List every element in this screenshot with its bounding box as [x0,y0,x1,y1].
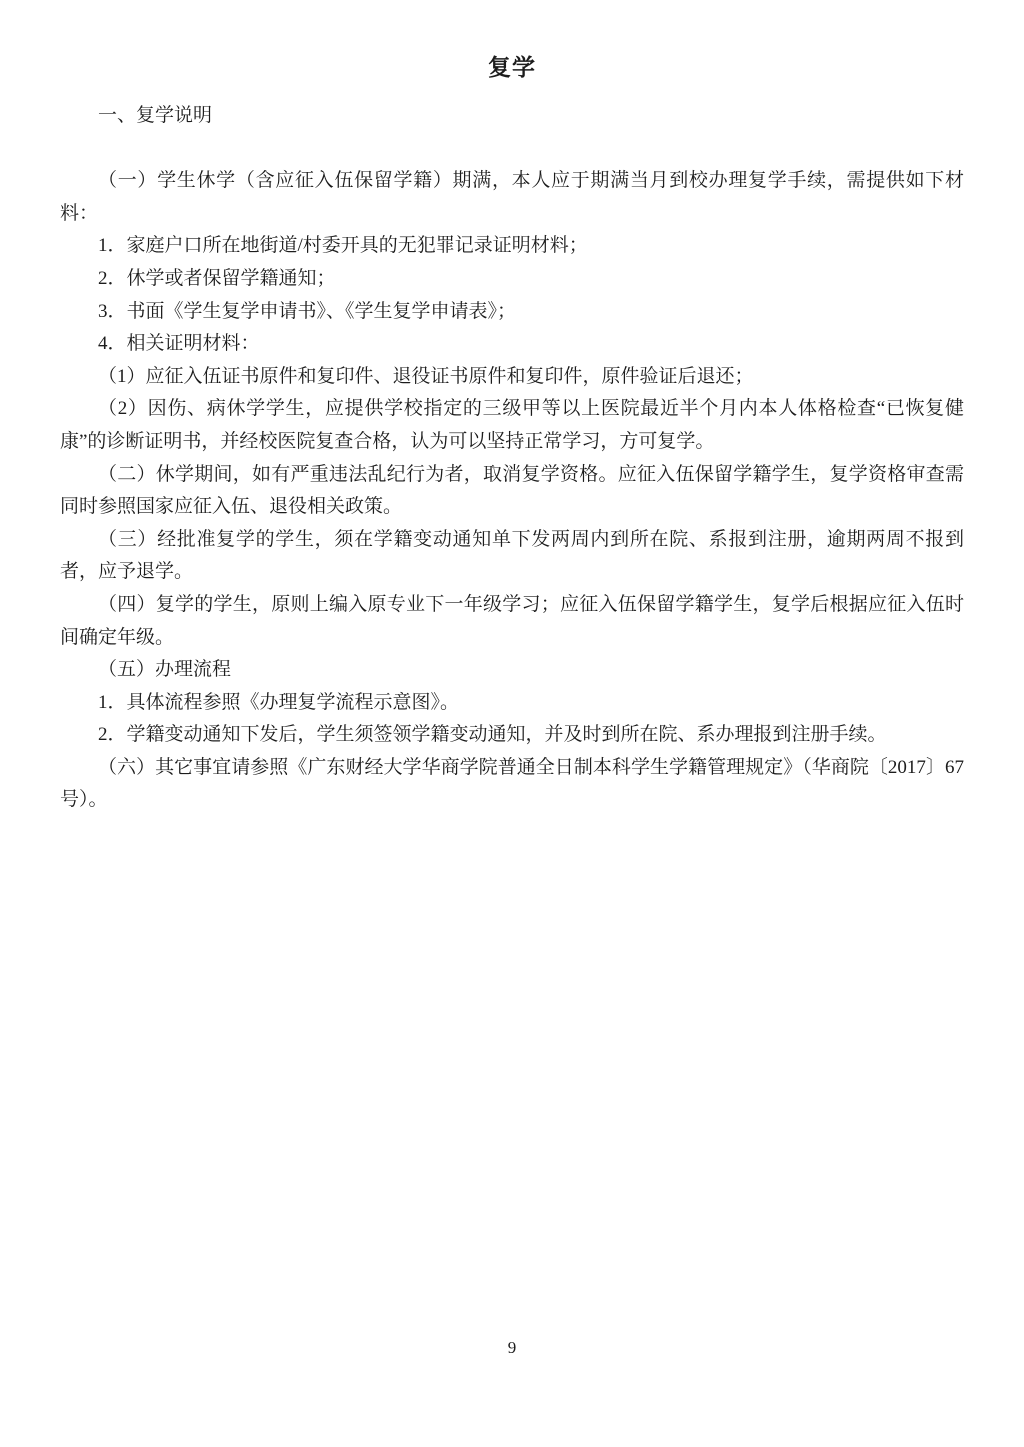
page-number: 9 [0,1336,1024,1360]
para-disqualification-rules: （二）休学期间，如有严重违法乱纪行为者，取消复学资格。应征入伍保留学籍学生，复学… [60,459,964,524]
list-item-written-application: 3．书面《学生复学申请书》、《学生复学申请表》； [60,296,964,329]
list-item-no-crime-record: 1．家庭户口所在地街道/村委开具的无犯罪记录证明材料； [60,230,964,263]
para-registration-deadline: （三）经批准复学的学生，须在学籍变动通知单下发两周内到所在院、系报到注册，逾期两… [60,524,964,589]
procedure-item-notice-signing: 2．学籍变动通知下发后，学生须签领学籍变动通知，并及时到所在院、系办理报到注册手… [60,719,964,752]
procedure-item-flowchart: 1．具体流程参照《办理复学流程示意图》。 [60,687,964,720]
para-resume-requirements-intro: （一）学生休学（含应征入伍保留学籍）期满，本人应于期满当月到校办理复学手续，需提… [60,165,964,230]
list-item-suspension-notice: 2．休学或者保留学籍通知； [60,263,964,296]
sub-item-medical-certificates: （2）因伤、病休学学生，应提供学校指定的三级甲等以上医院最近半个月内本人体格检查… [60,393,964,458]
para-procedure-heading: （五）办理流程 [60,654,964,687]
list-item-related-certificates: 4．相关证明材料： [60,328,964,361]
para-grade-placement: （四）复学的学生，原则上编入原专业下一年级学习；应征入伍保留学籍学生，复学后根据… [60,589,964,654]
section-heading: 一、复学说明 [60,100,964,133]
sub-item-enlistment-certificates: （1）应征入伍证书原件和复印件、退役证书原件和复印件，原件验证后退还； [60,361,964,394]
document-page: 复学 一、复学说明 （一）学生休学（含应征入伍保留学籍）期满，本人应于期满当月到… [0,0,1024,1447]
para-other-matters-reference: （六）其它事宜请参照《广东财经大学华商学院普通全日制本科学生学籍管理规定》（华商… [60,752,964,817]
page-title: 复学 [60,50,964,86]
